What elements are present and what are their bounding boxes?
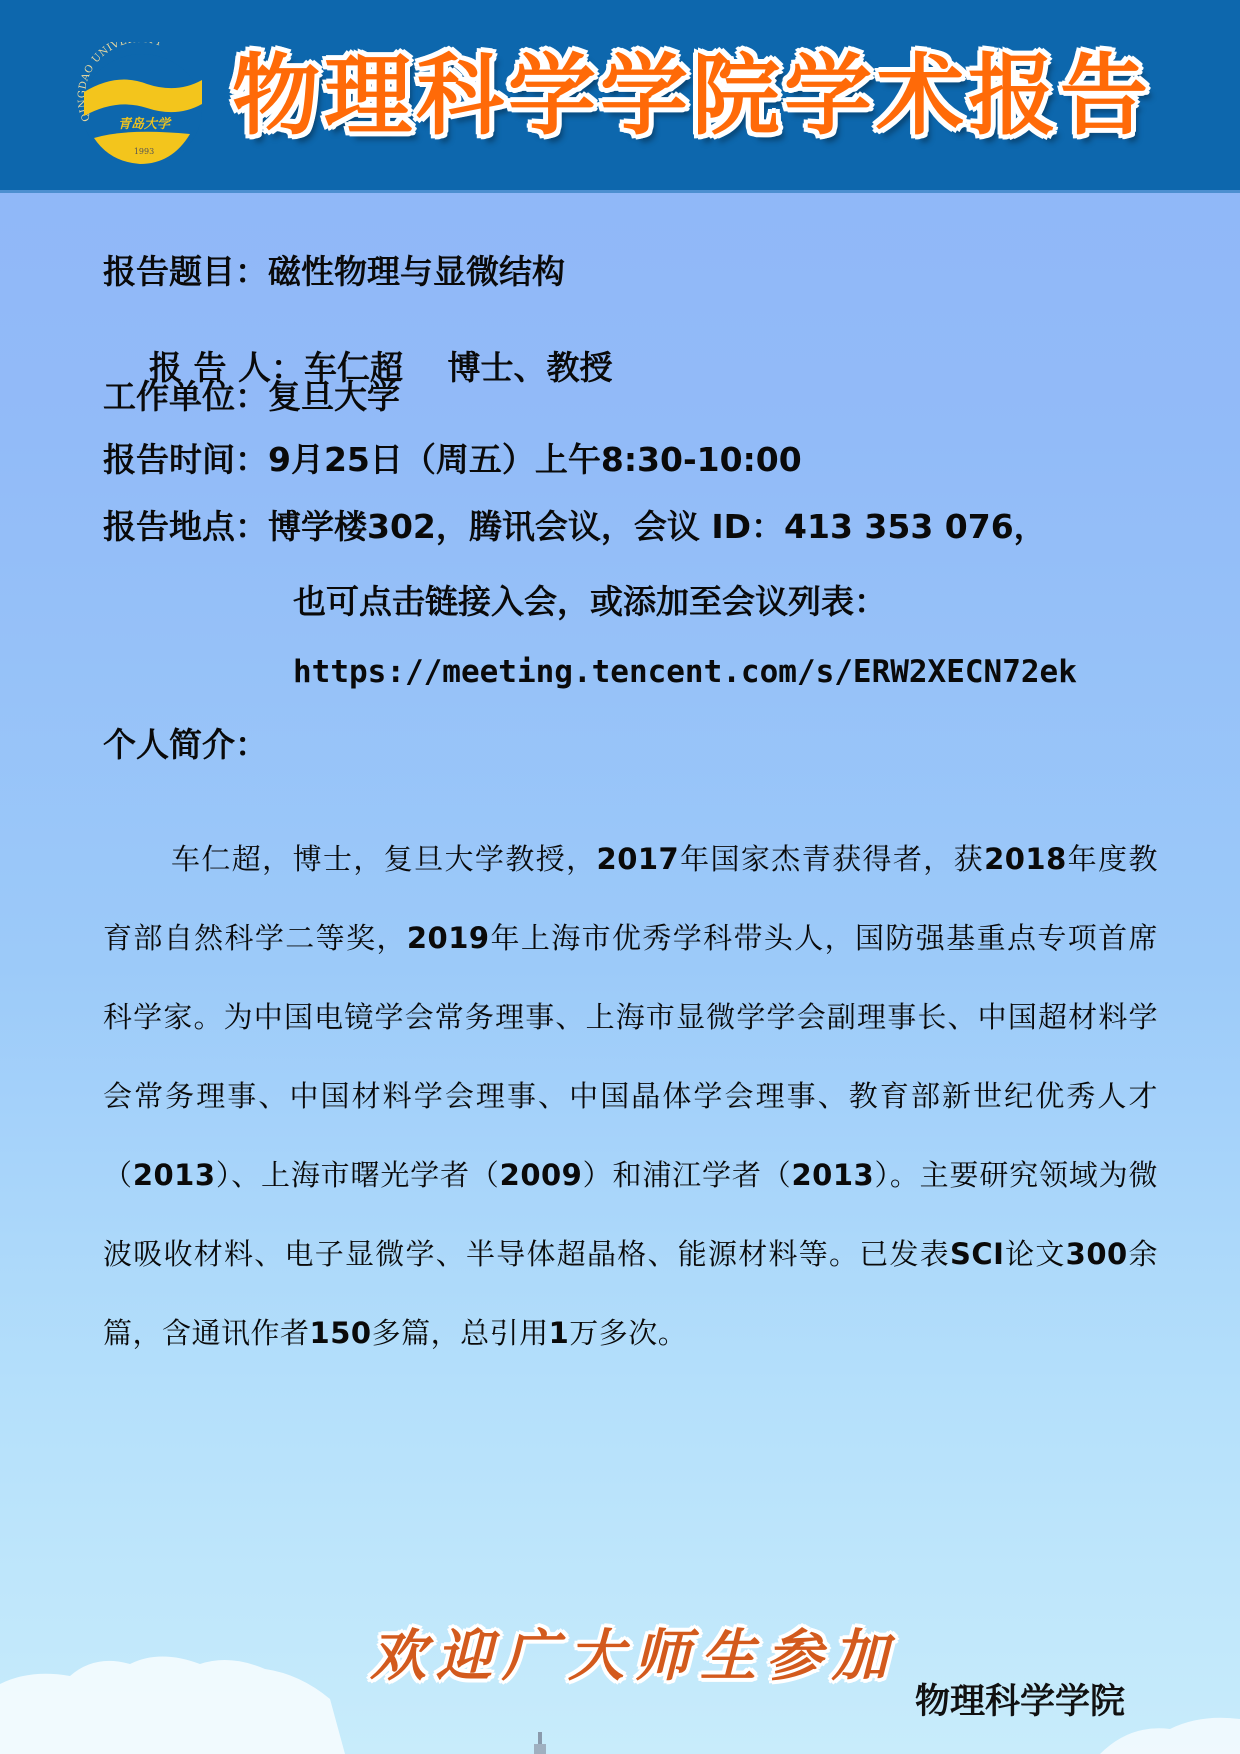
bio-bold-text: 300 [1066,1237,1128,1271]
bio-text: ）、上海市曙光学者（ [216,1158,500,1192]
bio-text: 论文 [1004,1237,1065,1271]
time-row: 报告时间：9月25日（周五）上午8:30-10:00 [103,443,802,476]
location-value: 博学楼302，腾讯会议，会议 ID：413 353 076， [268,510,1047,543]
topic-row: 报告题目：磁性物理与显微结构 [103,255,565,288]
bio-bold-text: 2009 [500,1158,583,1192]
meeting-link[interactable]: https://meeting.tencent.com/s/ERW2XECN72… [293,657,1077,688]
bio-bold-text: 1 [549,1316,570,1350]
bio-text: 多篇，总引用 [372,1316,549,1350]
bio-text: 年上海市优秀学科带头人，国防强基重点专项首席科学家。为中国电镜学会常务理事、上海… [103,921,1158,1192]
university-logo-icon: QINGDAO UNIVERSITY 青岛大学 1993 [72,42,212,172]
bio-bold-text: 2013 [133,1158,216,1192]
logo-year: 1993 [134,147,154,156]
affiliation-label: 工作单位： [103,380,268,413]
header-banner: QINGDAO UNIVERSITY 青岛大学 1993 物理科学学院学术报告 [0,0,1240,193]
bio-bold-text: 2013 [791,1158,874,1192]
bio-text: 车仁超，博士，复旦大学教授， [171,842,597,876]
time-value: 9月25日（周五）上午8:30-10:00 [268,443,802,476]
location-row: 报告地点：博学楼302，腾讯会议，会议 ID：413 353 076， [103,510,1047,543]
bio-text: ）和浦江学者（ [582,1158,791,1192]
affiliation-row: 工作单位：复旦大学 [103,380,400,413]
logo-center-text: 青岛大学 [118,116,172,132]
bio-paragraph: 车仁超，博士，复旦大学教授，2017年国家杰青获得者，获2018年度教育部自然科… [103,820,1158,1373]
location-label: 报告地点： [103,510,268,543]
bio-text: 万多次。 [569,1316,687,1350]
topic-label: 报告题目： [103,255,268,288]
bio-title: 个人简介： [103,728,268,761]
time-label: 报告时间： [103,443,268,476]
page-title: 物理科学学院学术报告 [232,52,1152,140]
topic-value: 磁性物理与显微结构 [268,255,565,288]
location-join-hint: 也可点击链接入会，或添加至会议列表： [293,585,887,618]
bio-bold-text: 2019 [407,921,490,955]
bio-bold-text: 2017 [597,842,680,876]
bio-text: 年国家杰青获得者，获 [679,842,984,876]
bio-bold-text: 150 [310,1316,372,1350]
bio-bold-text: 2018 [984,842,1067,876]
cloud-decoration-icon [0,1614,1240,1754]
bio-bold-text: SCI [950,1237,1004,1271]
affiliation-value: 复旦大学 [268,380,400,413]
